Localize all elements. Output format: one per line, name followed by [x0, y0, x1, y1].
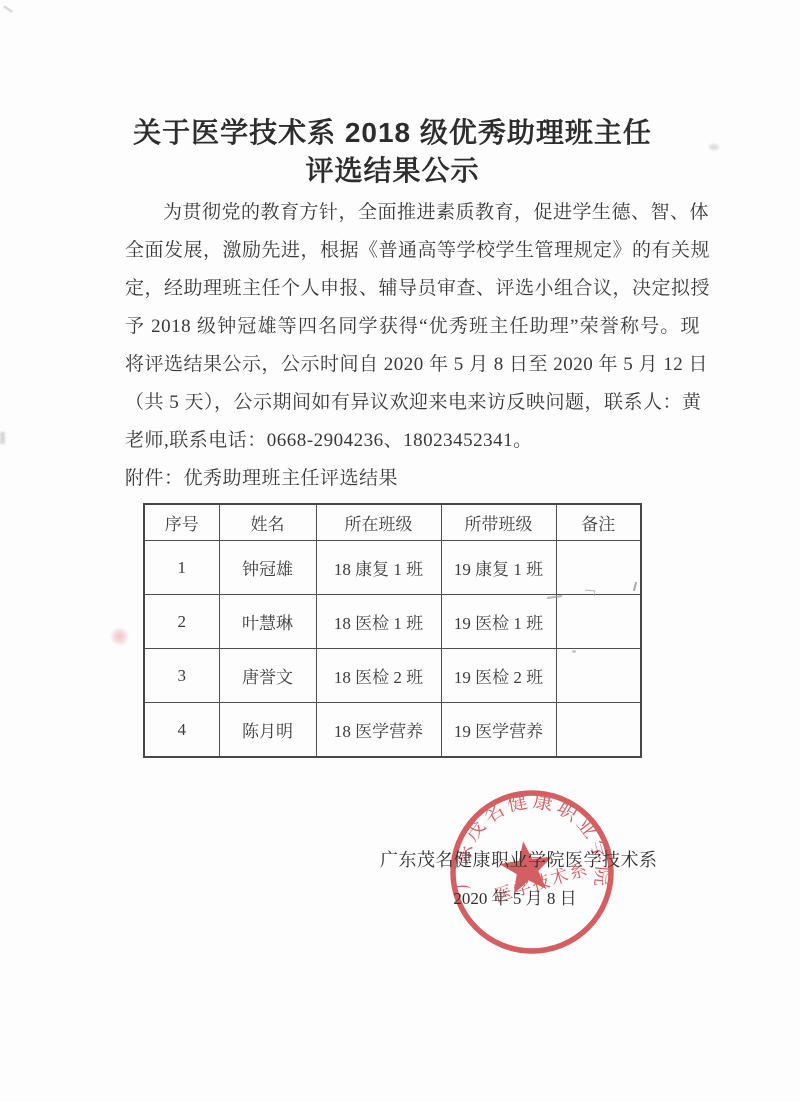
table-row: 1 钟冠雄 18 康复 1 班 19 康复 1 班 [144, 541, 641, 595]
cell-own-class: 18 康复 1 班 [316, 541, 441, 595]
paragraph-line: 将评选结果公示，公示时间自 2020 年 5 月 8 日至 2020 年 5 月… [125, 346, 700, 384]
cell-index: 3 [144, 649, 219, 703]
body-paragraph: 为贯彻党的教育方针，全面推进素质教育，促进学生德、智、体 全面发展，激励先进，根… [125, 194, 700, 460]
table-header-row: 序号 姓名 所在班级 所带班级 备注 [144, 504, 641, 541]
paragraph-line: 予 2018 级钟冠雄等四名同学获得“优秀班主任助理”荣誉称号。现 [125, 308, 700, 346]
results-table: 序号 姓名 所在班级 所带班级 备注 1 钟冠雄 18 康复 1 班 19 康复… [143, 503, 642, 758]
scan-artifact-edge-mark [0, 432, 5, 444]
page-title: 关于医学技术系 2018 级优秀助理班主任 评选结果公示 [0, 114, 785, 190]
cell-index: 1 [144, 541, 219, 595]
paragraph-line: 为贯彻党的教育方针，全面推进素质教育，促进学生德、智、体 [125, 194, 700, 232]
header-cell: 所带班级 [441, 504, 556, 541]
title-line-1: 关于医学技术系 2018 级优秀助理班主任 [0, 114, 785, 152]
cell-led-class: 19 医检 2 班 [441, 649, 556, 703]
title-line-2: 评选结果公示 [0, 152, 785, 190]
header-cell: 序号 [144, 504, 219, 541]
cell-led-class: 19 医检 1 班 [441, 595, 556, 649]
table-row: 4 陈月明 18 医学营养 19 医学营养 [144, 703, 641, 758]
cell-name: 叶慧琳 [219, 595, 316, 649]
seal-graphic: 广东茂名健康职业学院 医学技术系 [447, 787, 617, 957]
cell-name: 唐誉文 [219, 649, 316, 703]
table-row: 3 唐誉文 18 医检 2 班 19 医检 2 班 [144, 649, 641, 703]
paragraph-line: 全面发展，激励先进，根据《普通高等学校学生管理规定》的有关规 [125, 232, 700, 270]
document-page: 关于医学技术系 2018 级优秀助理班主任 评选结果公示 为贯彻党的教育方针，全… [0, 0, 800, 1101]
attachment-note: 附件：优秀助理班主任评选结果 [125, 460, 398, 498]
scan-artifact-corner-mark [3, 5, 12, 12]
cell-own-class: 18 医学营养 [316, 703, 441, 758]
paragraph-line: （共 5 天），公示期间如有异议欢迎来电来访反映问题，联系人：黄 [125, 384, 700, 422]
cell-index: 2 [144, 595, 219, 649]
cell-index: 4 [144, 703, 219, 758]
scan-artifact-pink-smudge [111, 628, 128, 645]
header-cell: 备注 [556, 504, 641, 541]
paragraph-line: 定，经助理班主任个人申报、辅导员审查、评选小组合议，决定拟授 [125, 270, 700, 308]
cell-remark [556, 541, 641, 595]
cell-remark [556, 649, 641, 703]
cell-name: 陈月明 [219, 703, 316, 758]
cell-led-class: 19 康复 1 班 [441, 541, 556, 595]
signature-date: 2020 年 5 月 8 日 [446, 884, 584, 909]
cell-remark [556, 703, 641, 758]
signature-org: 广东茂名健康职业学院医学技术系 [380, 846, 658, 872]
table-row: 2 叶慧琳 18 医检 1 班 19 医检 1 班 [144, 595, 641, 649]
cell-led-class: 19 医学营养 [441, 703, 556, 758]
paragraph-line: 老师,联系电话：0668-2904236、18023452341。 [125, 422, 700, 460]
cell-own-class: 18 医检 2 班 [316, 649, 441, 703]
header-cell: 姓名 [219, 504, 316, 541]
header-cell: 所在班级 [316, 504, 441, 541]
cell-remark [556, 595, 641, 649]
official-seal: 广东茂名健康职业学院 医学技术系 [447, 787, 617, 957]
cell-own-class: 18 医检 1 班 [316, 595, 441, 649]
cell-name: 钟冠雄 [219, 541, 316, 595]
